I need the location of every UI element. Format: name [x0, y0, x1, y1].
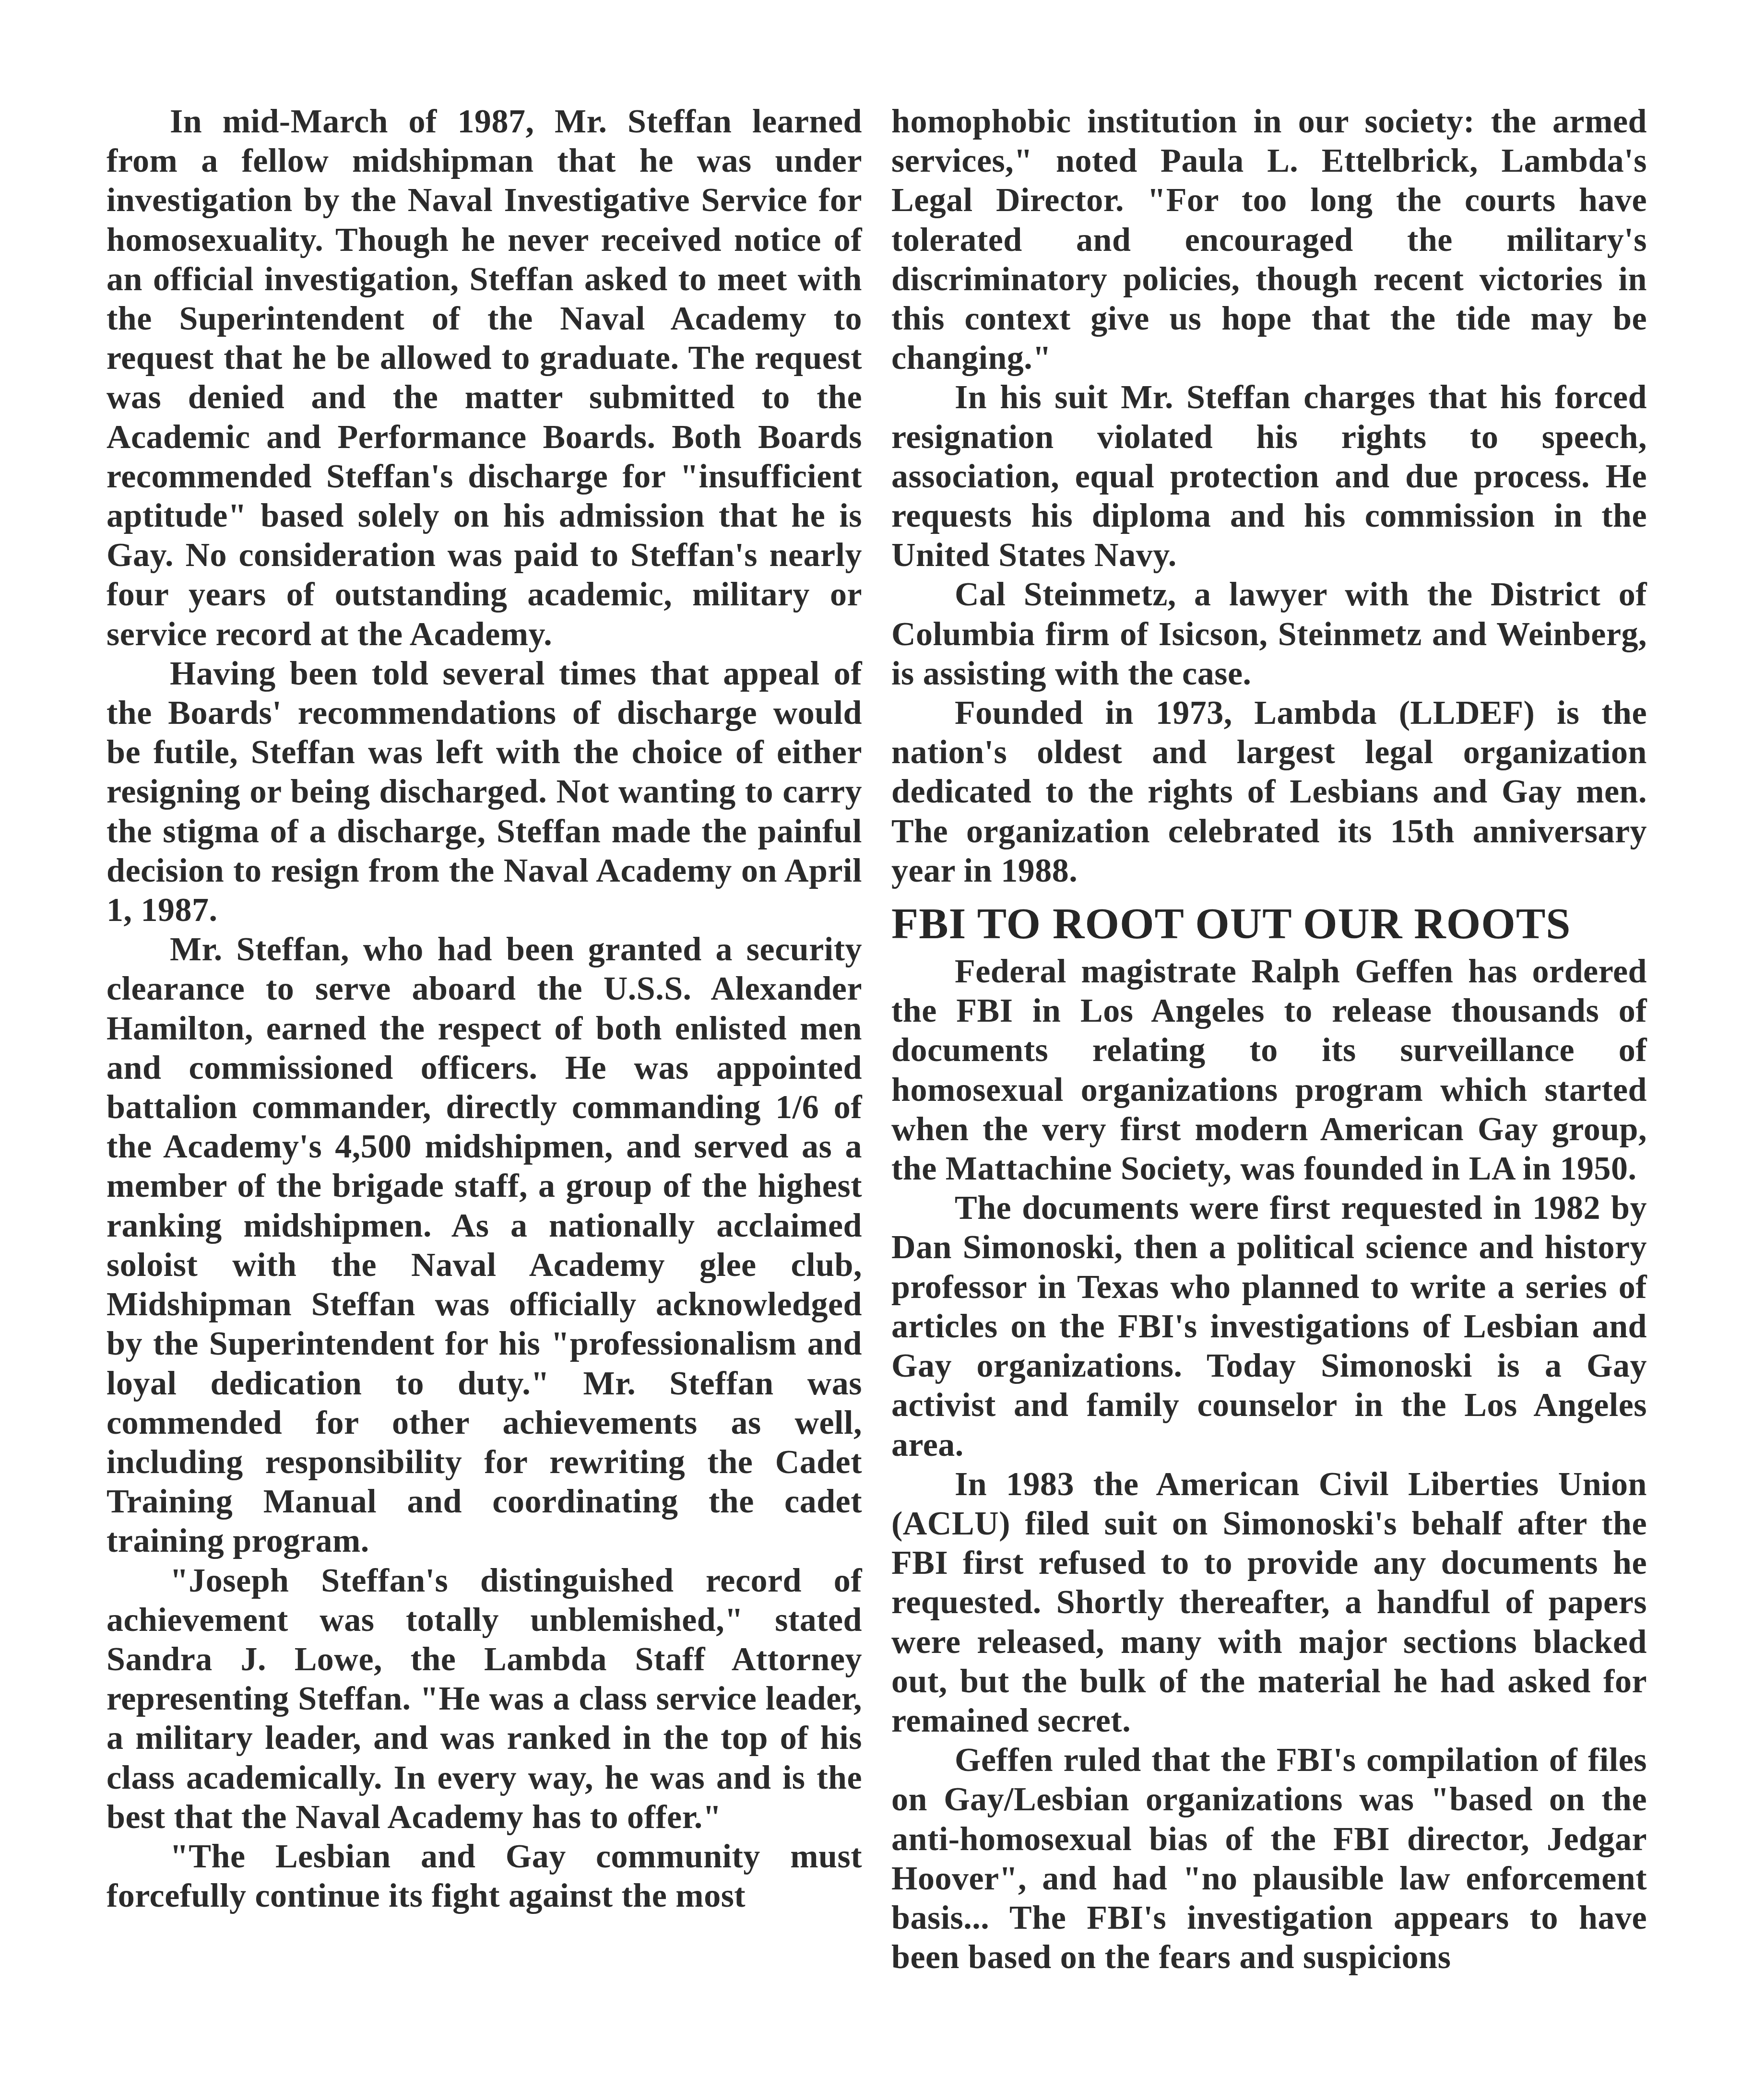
paragraph-suit-charges: In his suit Mr. Steffan charges that his… — [891, 378, 1647, 575]
paragraph-lowe-quote: "Joseph Steffan's distinguished record o… — [107, 1561, 862, 1837]
paragraph-lambda-founded: Founded in 1973, Lambda (LLDEF) is the n… — [891, 694, 1647, 891]
document-page: In mid-March of 1987, Mr. Steffan learne… — [0, 0, 1741, 2100]
paragraph-ettelbrick-quote: homophobic institution in our society: t… — [891, 102, 1647, 378]
right-column: homophobic institution in our society: t… — [891, 102, 1647, 1977]
paragraph-resignation: Having been told several times that appe… — [107, 654, 862, 930]
paragraph-community-quote: "The Lesbian and Gay community must forc… — [107, 1837, 862, 1916]
paragraph-geffen-ruling: Geffen ruled that the FBI's compilation … — [891, 1741, 1647, 1977]
paragraph-documents-requested: The documents were first requested in 19… — [891, 1189, 1647, 1464]
paragraph-aclu-suit: In 1983 the American Civil Liberties Uni… — [891, 1465, 1647, 1741]
paragraph-geffen-order: Federal magistrate Ralph Geffen has orde… — [891, 952, 1647, 1189]
article-headline: FBI TO ROOT OUT OUR ROOTS — [891, 899, 1647, 947]
paragraph-steinmetz: Cal Steinmetz, a lawyer with the Distric… — [891, 575, 1647, 694]
left-column: In mid-March of 1987, Mr. Steffan learne… — [107, 102, 862, 1916]
paragraph-steffan-investigation: In mid-March of 1987, Mr. Steffan learne… — [107, 102, 862, 654]
paragraph-record: Mr. Steffan, who had been granted a secu… — [107, 930, 862, 1561]
